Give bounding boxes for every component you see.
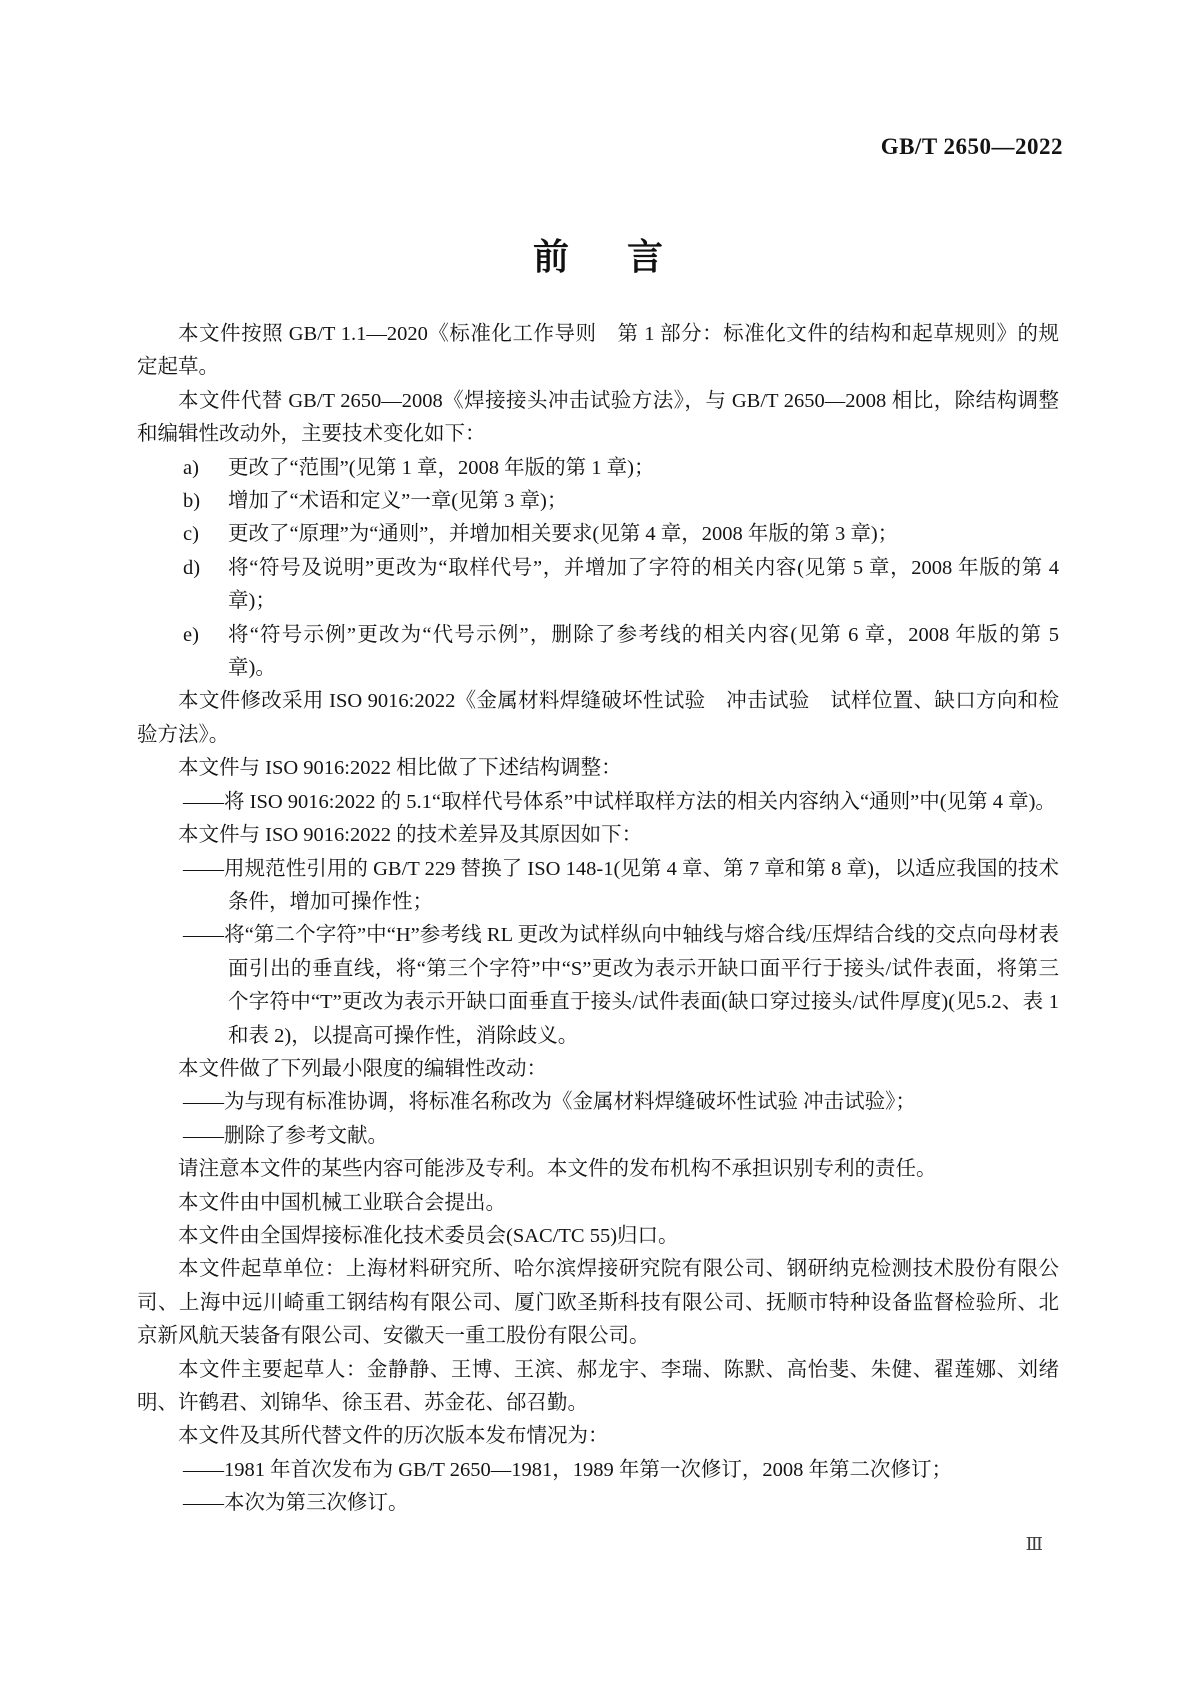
list-item-alpha: a)更改了“范围”(见第 1 章，2008 年版的第 1 章)； (137, 452, 1059, 485)
foreword-paragraph: 本文件由中国机械工业联合会提出。 (137, 1187, 1059, 1220)
foreword-title: 前言 (137, 236, 1059, 278)
list-item-marker: b) (183, 485, 228, 518)
list-item-dash: ——为与现有标准协调，将标准名称改为《金属材料焊缝破坏性试验 冲击试验》； (137, 1086, 1059, 1119)
list-item-text: 更改了“原理”为“通则”，并增加相关要求(见第 4 章，2008 年版的第 3 … (228, 518, 1059, 551)
list-item-marker: a) (183, 452, 228, 485)
standard-number: GB/T 2650—2022 (881, 134, 1063, 160)
foreword-title-char-2: 言 (627, 236, 663, 277)
foreword-paragraph: 本文件与 ISO 9016:2022 的技术差异及其原因如下： (137, 819, 1059, 852)
foreword-paragraph: 本文件及其所代替文件的历次版本发布情况为： (137, 1420, 1059, 1453)
list-item-text: 将“符号及说明”更改为“取样代号”，并增加了字符的相关内容(见第 5 章，200… (228, 552, 1059, 619)
foreword-paragraph: 本文件起草单位：上海材料研究所、哈尔滨焊接研究院有限公司、钢研纳克检测技术股份有… (137, 1253, 1059, 1353)
list-item-dash: ——1981 年首次发布为 GB/T 2650—1981，1989 年第一次修订… (137, 1454, 1059, 1487)
list-item-text: 增加了“术语和定义”一章(见第 3 章)； (228, 485, 1059, 518)
list-item-alpha: c)更改了“原理”为“通则”，并增加相关要求(见第 4 章，2008 年版的第 … (137, 518, 1059, 551)
foreword-paragraph: 本文件修改采用 ISO 9016:2022《金属材料焊缝破坏性试验 冲击试验 试… (137, 685, 1059, 752)
list-item-alpha: e)将“符号示例”更改为“代号示例”，删除了参考线的相关内容(见第 6 章，20… (137, 619, 1059, 686)
foreword-paragraph: 本文件由全国焊接标准化技术委员会(SAC/TC 55)归口。 (137, 1220, 1059, 1253)
list-item-marker: c) (183, 518, 228, 551)
list-item-marker: e) (183, 619, 228, 686)
list-item-text: 更改了“范围”(见第 1 章，2008 年版的第 1 章)； (228, 452, 1059, 485)
foreword-paragraph: 请注意本文件的某些内容可能涉及专利。本文件的发布机构不承担识别专利的责任。 (137, 1153, 1059, 1186)
foreword-body: 本文件按照 GB/T 1.1—2020《标准化工作导则 第 1 部分：标准化文件… (137, 318, 1059, 1521)
foreword-title-char-1: 前 (533, 236, 569, 277)
list-item-dash: ——将 ISO 9016:2022 的 5.1“取样代号体系”中试样取样方法的相… (137, 786, 1059, 819)
list-item-dash: ——本次为第三次修订。 (137, 1487, 1059, 1520)
list-item-alpha: d)将“符号及说明”更改为“取样代号”，并增加了字符的相关内容(见第 5 章，2… (137, 552, 1059, 619)
list-item-alpha: b)增加了“术语和定义”一章(见第 3 章)； (137, 485, 1059, 518)
list-item-dash: ——用规范性引用的 GB/T 229 替换了 ISO 148-1(见第 4 章、… (137, 853, 1059, 920)
list-item-text: 将“符号示例”更改为“代号示例”，删除了参考线的相关内容(见第 6 章，2008… (228, 619, 1059, 686)
foreword-paragraph: 本文件与 ISO 9016:2022 相比做了下述结构调整： (137, 752, 1059, 785)
document-page: GB/T 2650—2022 前言 本文件按照 GB/T 1.1—2020《标准… (0, 0, 1191, 1684)
list-item-dash: ——将“第二个字符”中“H”参考线 RL 更改为试样纵向中轴线与熔合线/压焊结合… (137, 919, 1059, 1053)
list-item-marker: d) (183, 552, 228, 619)
foreword-paragraph: 本文件代替 GB/T 2650—2008《焊接接头冲击试验方法》，与 GB/T … (137, 385, 1059, 452)
foreword-paragraph: 本文件按照 GB/T 1.1—2020《标准化工作导则 第 1 部分：标准化文件… (137, 318, 1059, 385)
foreword-paragraph: 本文件做了下列最小限度的编辑性改动： (137, 1053, 1059, 1086)
page-number: Ⅲ (1026, 1534, 1043, 1555)
list-item-dash: ——删除了参考文献。 (137, 1120, 1059, 1153)
foreword-paragraph: 本文件主要起草人：金静静、王博、王滨、郝龙宇、李瑞、陈默、高怡斐、朱健、翟莲娜、… (137, 1354, 1059, 1421)
